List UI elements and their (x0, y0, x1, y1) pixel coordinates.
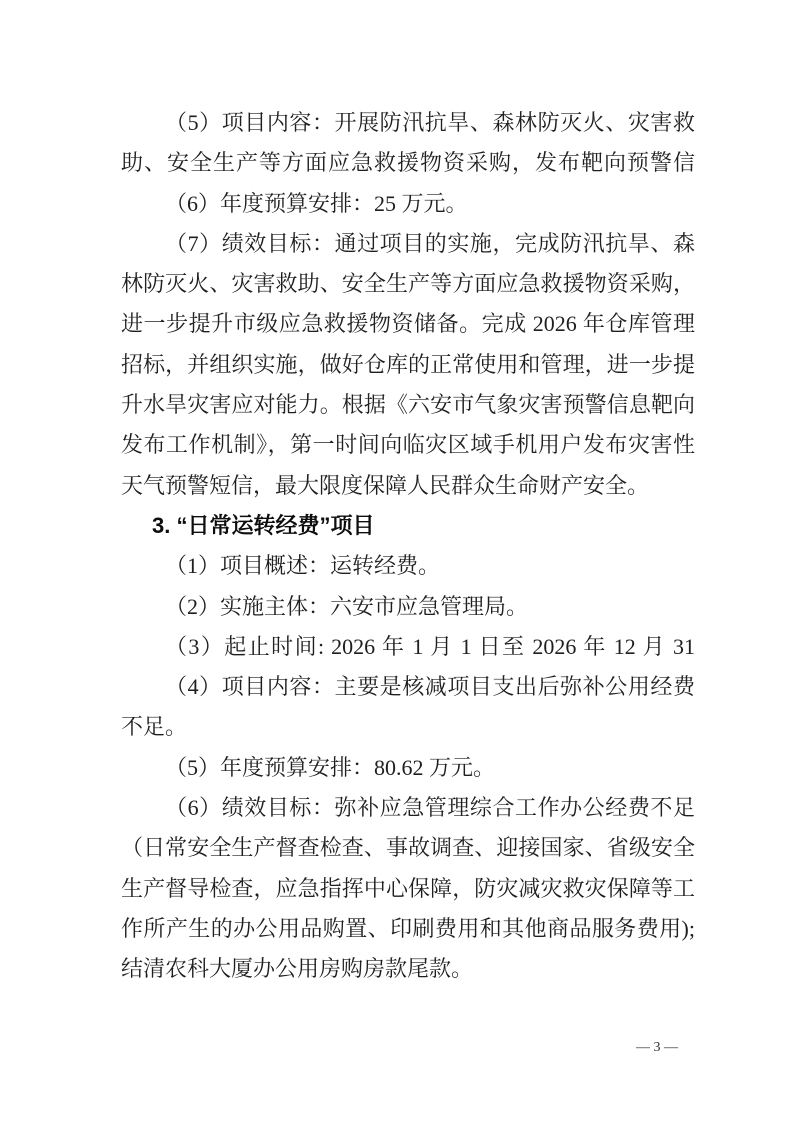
body-line: 招标，并组织实施，做好仓库的正常使用和管理，进一步提 (121, 345, 695, 385)
body-line: 生产督导检查，应急指挥中心保障，防灾减灾救灾保障等工 (121, 869, 695, 909)
body-line: 天气预警短信，最大限度保障人民群众生命财产安全。 (121, 466, 695, 506)
document-page: （5）项目内容：开展防汛抗旱、森林防灭火、灾害救助、安全生产等方面应急救援物资采… (0, 0, 793, 1122)
paragraph: （1）项目概述：运转经费。 (121, 546, 695, 586)
body-line: 作所产生的办公用品购置、印刷费用和其他商品服务费用); (121, 909, 695, 949)
body-line: 不足。 (121, 707, 695, 747)
paragraph: （4）项目内容：主要是核减项目支出后弥补公用经费不足。 (121, 667, 695, 748)
body-line: 升水旱灾害应对能力。根据《六安市气象灾害预警信息靶向 (121, 385, 695, 425)
body-line: （日常安全生产督查检查、事故调查、迎接国家、省级安全 (121, 828, 695, 868)
body-line: （3）起止时间: 2026 年 1 月 1 日至 2026 年 12 月 31 … (121, 627, 695, 667)
paragraph: （2）实施主体：六安市应急管理局。 (121, 587, 695, 627)
page-content: （5）项目内容：开展防汛抗旱、森林防灭火、灾害救助、安全生产等方面应急救援物资采… (121, 103, 695, 990)
body-line: （6）绩效目标：弥补应急管理综合工作办公经费不足 (121, 788, 695, 828)
section-heading: 3. “日常运转经费”项目 (121, 506, 695, 546)
paragraph: （5）项目内容：开展防汛抗旱、森林防灭火、灾害救助、安全生产等方面应急救援物资采… (121, 103, 695, 184)
paragraph: （5）年度预算安排：80.62 万元。 (121, 748, 695, 788)
body-line: 进一步提升市级应急救援物资储备。完成 2026 年仓库管理 (121, 304, 695, 344)
body-line: （7）绩效目标：通过项目的实施，完成防汛抗旱、森 (121, 224, 695, 264)
body-line: （4）项目内容：主要是核减项目支出后弥补公用经费 (121, 667, 695, 707)
body-line: （5）年度预算安排：80.62 万元。 (121, 748, 695, 788)
body-line: （2）实施主体：六安市应急管理局。 (121, 587, 695, 627)
paragraph: （6）年度预算安排：25 万元。 (121, 184, 695, 224)
paragraph: （3）起止时间: 2026 年 1 月 1 日至 2026 年 12 月 31 … (121, 627, 695, 667)
paragraph: （7）绩效目标：通过项目的实施，完成防汛抗旱、森林防灭火、灾害救助、安全生产等方… (121, 224, 695, 506)
body-line: （1）项目概述：运转经费。 (121, 546, 695, 586)
body-line: 林防灭火、灾害救助、安全生产等方面应急救援物资采购， (121, 264, 695, 304)
body-line: （6）年度预算安排：25 万元。 (121, 184, 695, 224)
heading-line: 3. “日常运转经费”项目 (121, 506, 695, 546)
body-line: 发布工作机制》，第一时间向临灾区域手机用户发布灾害性 (121, 425, 695, 465)
body-line: （5）项目内容：开展防汛抗旱、森林防灭火、灾害救 (121, 103, 695, 143)
paragraph: （6）绩效目标：弥补应急管理综合工作办公经费不足（日常安全生产督查检查、事故调查… (121, 788, 695, 989)
body-line: 助、安全生产等方面应急救援物资采购，发布靶向预警信息。 (121, 143, 695, 183)
page-number: — 3 — (601, 1040, 713, 1056)
body-line: 结清农科大厦办公用房购房款尾款。 (121, 949, 695, 989)
